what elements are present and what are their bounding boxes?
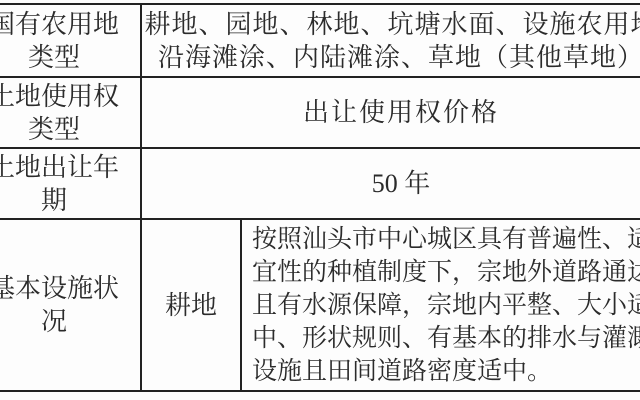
content-line: 沿海滩涂、内陆滩涂、草地（其他草地） <box>158 41 640 74</box>
description-line: 按照汕头市中心城区具有普遍性、适 <box>252 223 640 256</box>
description-line: 中、形状规则、有基本的排水与灌溉 <box>252 322 640 355</box>
content-line: 50 年 <box>372 167 431 200</box>
document-table: 国有农用地 类型 耕地、园地、林地、坑塘水面、设施农用地 沿海滩涂、内陆滩涂、草… <box>0 0 640 400</box>
header-line: 国有农用地 <box>0 8 119 41</box>
header-line: 期 <box>41 184 67 217</box>
content-line: 出让使用权价格 <box>303 96 499 129</box>
header-line: 类型 <box>28 41 80 74</box>
table-divider-subcell <box>240 218 242 392</box>
header-line: 况 <box>41 305 67 338</box>
header-line: 基本设施状 <box>0 272 119 305</box>
land-type-content-cell: 耕地、园地、林地、坑塘水面、设施农用地 沿海滩涂、内陆滩涂、草地（其他草地） <box>142 5 640 76</box>
grant-term-header-cell: 土地出让年 期 <box>0 149 142 218</box>
description-line: 设施且田间道路密度适中。 <box>252 355 640 388</box>
facilities-header-cell: 基本设施状 况 <box>0 220 142 390</box>
land-type-header-cell: 国有农用地 类型 <box>0 5 142 76</box>
grant-term-content-cell: 50 年 <box>142 149 640 218</box>
header-line: 土地使用权 <box>0 80 119 113</box>
subcell-label: 耕地 <box>165 289 217 322</box>
header-line: 土地出让年 <box>0 151 119 184</box>
header-line: 类型 <box>28 113 80 146</box>
description-line: 宜性的种植制度下，宗地外道路通达 <box>252 256 640 289</box>
description-line: 且有水源保障，宗地内平整、大小适 <box>252 289 640 322</box>
table-border-bottom <box>0 390 640 392</box>
content-line: 耕地、园地、林地、坑塘水面、设施农用地 <box>144 8 640 41</box>
facilities-description-cell: 按照汕头市中心城区具有普遍性、适 宜性的种植制度下，宗地外道路通达 且有水源保障… <box>252 221 640 389</box>
facilities-subcell-cultivated-land: 耕地 <box>142 220 240 390</box>
use-right-content-cell: 出让使用权价格 <box>142 78 640 147</box>
use-right-header-cell: 土地使用权 类型 <box>0 78 142 147</box>
